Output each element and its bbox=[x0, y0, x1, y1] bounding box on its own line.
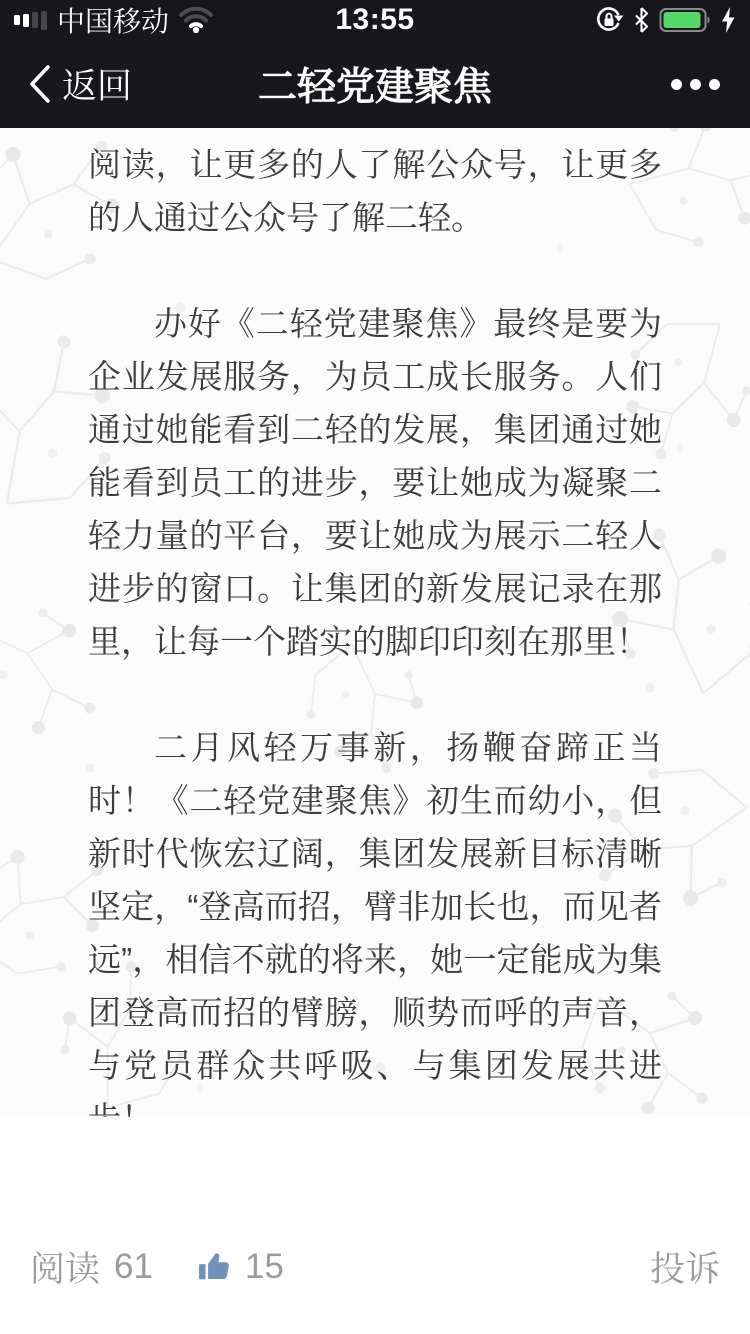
article-body: 阅读，让更多的人了解公众号，让更多的人通过公众号了解二轻。 办好《二轻党建聚焦》… bbox=[0, 128, 750, 1117]
read-count-label: 阅读 bbox=[30, 1242, 100, 1292]
status-bar: 中国移动 13:55 bbox=[0, 0, 750, 40]
back-button[interactable]: 返回 bbox=[28, 59, 132, 109]
rotation-lock-icon bbox=[594, 5, 624, 35]
more-options-button[interactable] bbox=[669, 69, 722, 100]
article-paragraph: 办好《二轻党建聚焦》最终是要为企业发展服务，为员工成长服务。人们通过她能看到二轻… bbox=[88, 297, 662, 668]
ellipsis-dot bbox=[709, 79, 720, 90]
carrier-label: 中国移动 bbox=[57, 0, 169, 40]
footer-bar: 阅读 61 15 投诉 bbox=[0, 1242, 750, 1334]
status-right-cluster bbox=[594, 5, 736, 35]
cellular-signal-icon bbox=[14, 10, 47, 30]
battery-icon bbox=[659, 7, 712, 33]
article-paragraph: 二月风轻万事新，扬鞭奋蹄正当时！《二轻党建聚焦》初生而幼小，但新时代恢宏辽阔，集… bbox=[88, 721, 662, 1117]
read-count-value: 61 bbox=[114, 1247, 153, 1287]
like-count-value: 15 bbox=[245, 1247, 284, 1287]
ellipsis-dot bbox=[690, 79, 701, 90]
ellipsis-dot bbox=[671, 79, 682, 90]
back-button-label: 返回 bbox=[62, 59, 132, 109]
charging-bolt-icon bbox=[721, 7, 736, 33]
status-left-cluster: 中国移动 bbox=[14, 0, 213, 40]
wifi-icon bbox=[179, 7, 213, 33]
like-button[interactable]: 15 bbox=[197, 1247, 284, 1287]
article-footer-area: 阅读 61 15 投诉 bbox=[0, 1117, 750, 1334]
bluetooth-icon bbox=[633, 7, 650, 33]
read-count-group: 阅读 61 bbox=[30, 1242, 153, 1292]
phone-screen: 中国移动 13:55 bbox=[0, 0, 750, 1334]
thumbs-up-icon bbox=[197, 1248, 235, 1286]
chevron-left-icon bbox=[28, 63, 52, 105]
report-link[interactable]: 投诉 bbox=[650, 1242, 720, 1292]
nav-bar: 返回 二轻党建聚焦 bbox=[0, 40, 750, 128]
article-scroll-area[interactable]: 阅读，让更多的人了解公众号，让更多的人通过公众号了解二轻。 办好《二轻党建聚焦》… bbox=[0, 128, 750, 1117]
article-paragraph: 阅读，让更多的人了解公众号，让更多的人通过公众号了解二轻。 bbox=[88, 138, 662, 244]
